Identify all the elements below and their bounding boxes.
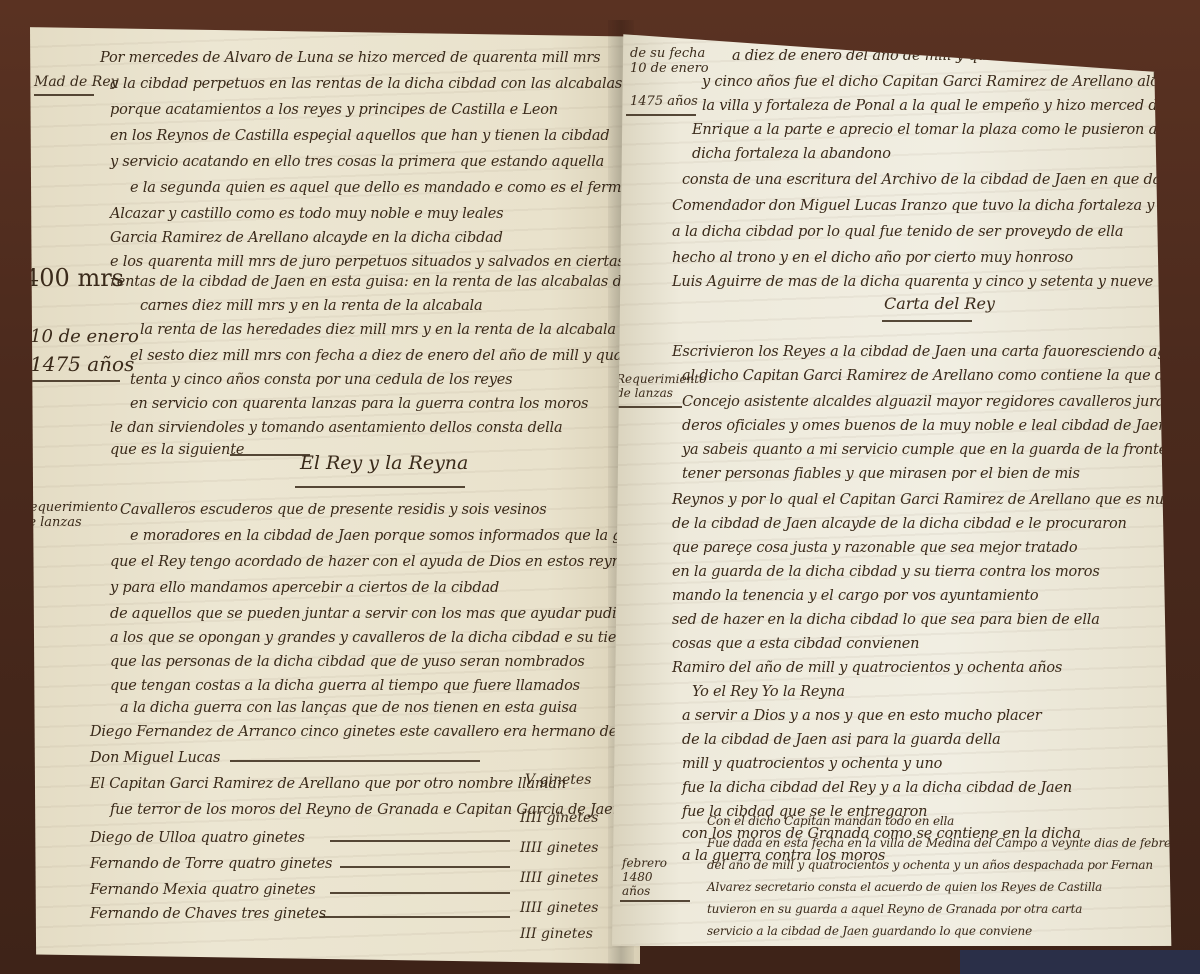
text-line: en servicio con quarenta lanzas para la …	[130, 396, 588, 412]
letter-line: Fue dada en esta fecha en la villa de Me…	[707, 836, 1177, 850]
section-heading: El Rey y la Reyna	[300, 452, 468, 474]
roster-entry: Fernando Mexia quatro ginetes	[90, 882, 316, 898]
letter-line: cosas que a esta cibdad convienen	[672, 636, 919, 652]
roster-note: quatro ginetes	[228, 856, 332, 872]
text-line: rentas de la cibdad de Jaen en esta guis…	[110, 274, 630, 290]
text-line: la villa y fortaleza de Ponal a la qual …	[702, 98, 1177, 114]
text-line: y servicio acatando en ello tres cosas l…	[110, 154, 604, 170]
letter-line: ya sabeis quanto a mi servicio cumple qu…	[682, 442, 1177, 458]
text-line: e la segunda quien es aquel que dello es…	[130, 180, 640, 196]
line-filler	[230, 760, 480, 762]
count-entry: IIII ginetes	[520, 870, 598, 886]
underline	[626, 114, 696, 116]
text-line: a la cibdad perpetuos en las rentas de l…	[110, 76, 640, 92]
letter-line: a la dicha guerra con las lanças que de …	[120, 700, 577, 716]
letter-line: que tengan costas a la dicha guerra al t…	[110, 678, 580, 694]
text-line: dicha fortaleza la abandono	[692, 146, 891, 162]
text-line: le dan sirviendoles y tomando asentamien…	[110, 420, 562, 436]
roster-name: Fernando Mexia	[90, 882, 207, 898]
line-filler	[340, 866, 510, 868]
letter-line: Reynos y por lo qual el Capitan Garci Ra…	[672, 492, 1177, 508]
count-entry: III ginetes	[520, 926, 593, 942]
text-line: Alcazar y castillo como es todo muy nobl…	[110, 206, 503, 222]
letter-line: Cavalleros escuderos que de presente res…	[120, 502, 546, 518]
letter-line: a los que se opongan y grandes y cavalle…	[110, 630, 638, 646]
letter-line: Escrivieron los Reyes a la cibdad de Jae…	[672, 344, 1177, 360]
margin-year: 1475 años	[30, 352, 134, 376]
text-line: Luis Aguirre de mas de la dicha quarenta…	[672, 274, 1153, 290]
margin-note: Mad de Rey	[34, 74, 119, 90]
underline	[620, 900, 690, 902]
text-line: tenta y cinco años consta por una cedula…	[130, 372, 512, 388]
roster-name: Don Miguel Lucas	[90, 750, 220, 766]
text-line: Enrique a la parte e aprecio el tomar la…	[692, 122, 1177, 138]
letter-line: del año de mill y quatrocientos y ochent…	[707, 858, 1153, 872]
roster-note: quatro ginetes	[200, 830, 304, 846]
text-line: porque acatamientos a los reyes y princi…	[110, 102, 558, 118]
letter-line: tuvieron en su guarda a aquel Reyno de G…	[707, 902, 1082, 916]
letter-line: Ramiro del año de mill y quatrocientos y…	[672, 660, 1062, 676]
letter-line: Concejo asistente alcaldes alguazil mayo…	[682, 394, 1177, 410]
text-line: Garcia Ramirez de Arellano alcayde en la…	[110, 230, 503, 246]
margin-note: febrero 1480 años	[622, 856, 682, 898]
letter-line: fue la dicha cibdad del Rey y a la dicha…	[682, 780, 1072, 796]
letter-line: deros oficiales y omes buenos de la muy …	[682, 418, 1167, 434]
roster-entry: Fernando de Torre quatro ginetes	[90, 856, 332, 872]
text-line: Por mercedes de Alvaro de Luna se hizo m…	[100, 50, 600, 66]
letter-line: Con el dicho Capitan mandan todo en ella	[707, 814, 954, 828]
letter-line: sed de hazer en la dicha cibdad lo que s…	[672, 612, 1100, 628]
margin-note: de su fecha 10 de enero	[630, 46, 710, 76]
text-line: en los Reynos de Castilla espeçial aquel…	[110, 128, 609, 144]
roster-note: cinco ginetes este cavallero era hermano…	[301, 724, 640, 740]
text-line: y cinco años fue el dicho Capitan Garci …	[702, 74, 1177, 90]
heading-underline	[882, 320, 972, 322]
underline	[30, 380, 120, 382]
count-entry: IIII ginetes	[520, 840, 598, 856]
count-entry: IIII ginetes	[520, 900, 598, 916]
letter-line: que el Rey tengo acordado de hazer con e…	[110, 554, 637, 570]
margin-year: 1475 años	[630, 94, 698, 109]
heading-underline	[295, 486, 465, 488]
underline	[612, 406, 682, 408]
roster-name: Fernando de Chaves	[90, 906, 237, 922]
underline	[34, 94, 94, 96]
letter-line: en la guarda de la dicha cibdad y su tie…	[672, 564, 1100, 580]
roster-name: Diego Fernandez de Arranco	[90, 724, 296, 740]
right-manuscript-page: 13 de su fecha 10 de enero 1475 años a d…	[612, 6, 1177, 946]
roster-name: Fernando de Torre	[90, 856, 224, 872]
count-entry: IIII ginetes	[520, 810, 598, 826]
roster-entry: Diego de Ulloa quatro ginetes	[90, 830, 305, 846]
count-entry: V ginetes	[525, 772, 591, 788]
roster-entry: Don Miguel Lucas	[90, 750, 220, 766]
letter-line: de la cibdad de Jaen asi para la guarda …	[682, 732, 1001, 748]
letter-line: mill y quatrocientos y ochenta y uno	[682, 756, 942, 772]
line-filler	[330, 892, 510, 894]
line-filler	[320, 916, 510, 918]
margin-note: Requerimiento de lanzas	[616, 372, 676, 400]
cover-strip	[960, 950, 1200, 974]
text-line: la renta de las heredades diez mill mrs …	[140, 322, 638, 338]
letter-line: a servir a Dios y a nos y que en esto mu…	[682, 708, 1041, 724]
letter-line: e moradores en la cibdad de Jaen porque …	[130, 528, 640, 544]
roster-name: El Capitan Garci Ramirez de Arellano	[90, 776, 360, 792]
letter-line: de aquellos que se pueden juntar a servi…	[110, 606, 640, 622]
text-line: hecho al trono y en el dicho año por cie…	[672, 250, 1073, 266]
roster-note: quatro ginetes	[211, 882, 315, 898]
letter-line: que las personas de la dicha cibdad que …	[110, 654, 585, 670]
letter-line: Alvarez secretario consta el acuerdo de …	[707, 880, 1102, 894]
text-line: que es la siguiente	[110, 442, 244, 458]
text-line: Comendador don Miguel Lucas Iranzo que t…	[672, 198, 1177, 214]
text-line: el sesto diez mill mrs con fecha a diez …	[130, 348, 640, 364]
section-heading: Carta del Rey	[884, 294, 995, 313]
letter-line: mando la tenencia y el cargo por vos ayu…	[672, 588, 1038, 604]
letter-line: Yo el Rey Yo la Reyna	[692, 684, 845, 700]
left-manuscript-page: Mad de Rey Por mercedes de Alvaro de Lun…	[30, 8, 640, 964]
text-line: a la dicha cibdad por lo qual fue tenido…	[672, 224, 1123, 240]
letter-line: que pareçe cosa justa y razonable que se…	[672, 540, 1077, 556]
roster-note: tres ginetes	[241, 906, 326, 922]
letter-line: tener personas fiables y que mirasen por…	[682, 466, 1080, 482]
line-filler	[330, 840, 510, 842]
text-line: e los quarenta mill mrs de juro perpetuo…	[110, 254, 625, 270]
text-line: carnes diez mill mrs y en la renta de la…	[140, 298, 482, 314]
roster-entry: El Capitan Garci Ramirez de Arellano que…	[90, 776, 566, 792]
text-line: consta de una escritura del Archivo de l…	[682, 172, 1177, 188]
letter-line: servicio a la cibdad de Jaen guardando l…	[707, 924, 1032, 938]
roster-name: Diego de Ulloa	[90, 830, 196, 846]
margin-date: 10 de enero	[30, 326, 139, 347]
roster-entry: Fernando de Chaves tres ginetes	[90, 906, 326, 922]
margin-note: Requerimiento de lanzas	[30, 500, 90, 530]
letter-line: y para ello mandamos apercebir a ciertos…	[110, 580, 499, 596]
letter-line: al dicho Capitan Garci Ramirez de Arella…	[682, 368, 1177, 384]
roster-entry: Diego Fernandez de Arranco cinco ginetes…	[90, 724, 640, 740]
letter-line: de la cibdad de Jaen alcayde de la dicha…	[672, 516, 1127, 532]
line-filler	[230, 454, 310, 456]
